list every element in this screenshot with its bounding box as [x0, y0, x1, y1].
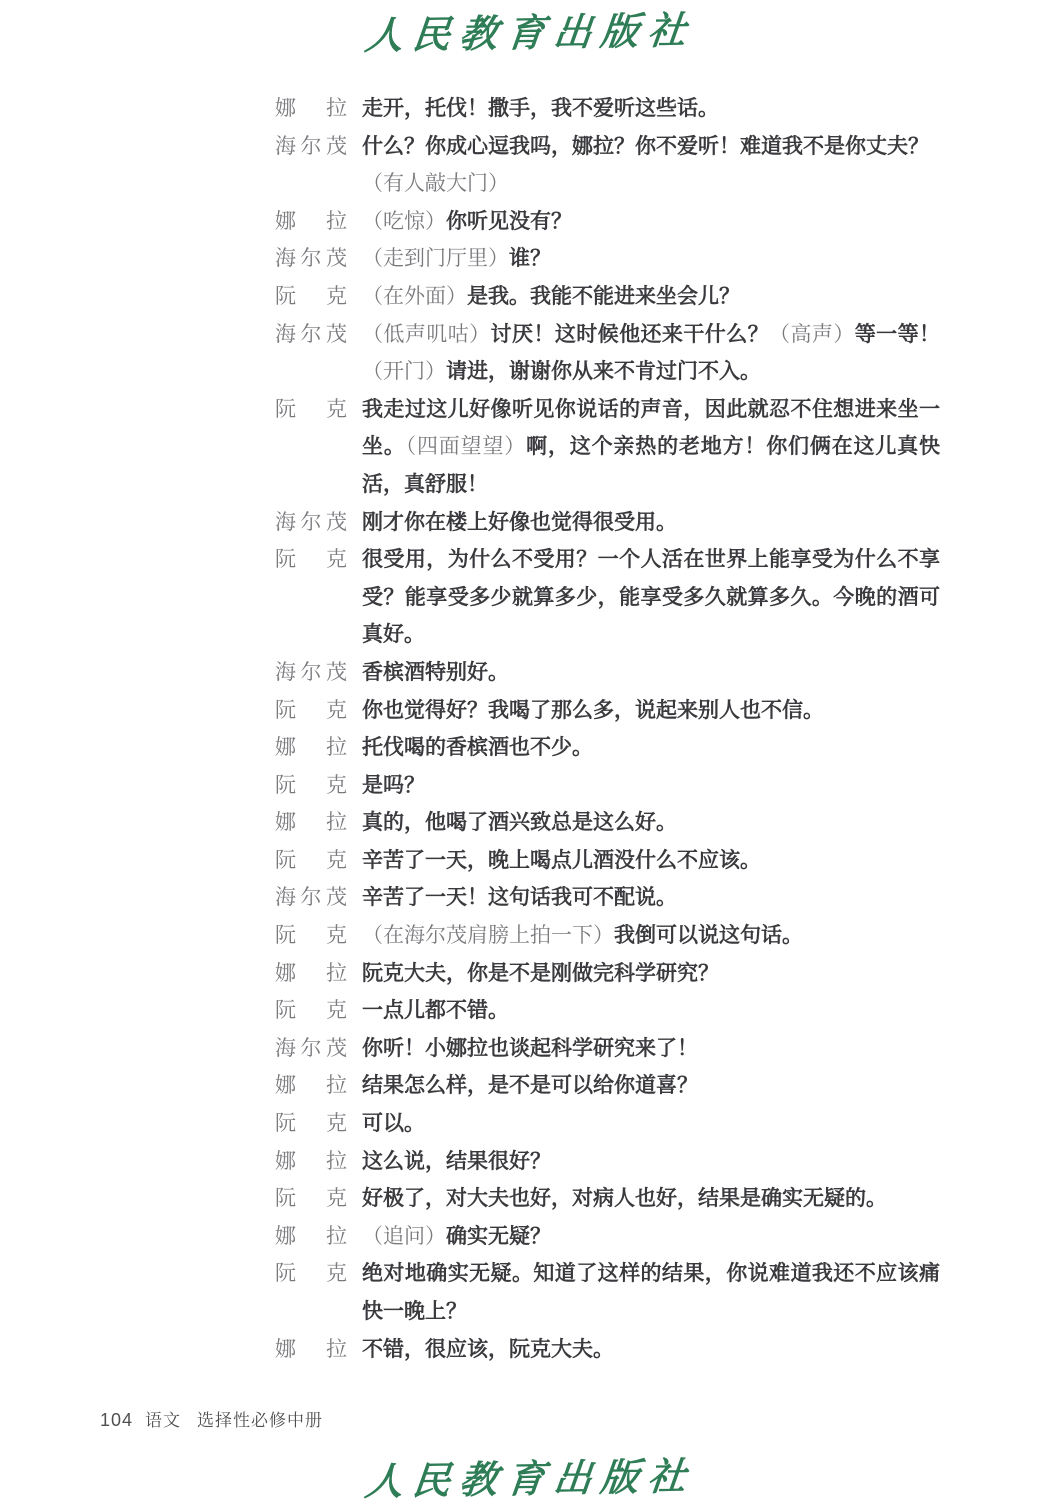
speaker-name: 阮克	[275, 541, 347, 579]
speech-segment: 你听见没有？	[446, 209, 572, 233]
speaker-name: 娜拉	[275, 804, 347, 842]
script-line: 阮克你也觉得好？我喝了那么多，说起来别人也不信。	[275, 692, 943, 730]
speech-segment: 辛苦了一天，晚上喝点儿酒没什么不应该。	[362, 848, 761, 872]
speaker-name: 阮克	[275, 278, 347, 316]
script-line: 海尔茂（低声叽咕）讨厌！这时候他还来干什么？（高声）等一等！（开门）请进，谢谢你…	[275, 316, 943, 391]
speaker-name: 海尔茂	[275, 504, 347, 542]
speaker-name: 海尔茂	[275, 1030, 347, 1068]
script-line: 阮克（在外面）是我。我能不能进来坐会儿？	[275, 278, 943, 316]
speech-text: （低声叽咕）讨厌！这时候他还来干什么？（高声）等一等！（开门）请进，谢谢你从来不…	[362, 316, 940, 391]
speech-segment: 真的，他喝了酒兴致总是这么好。	[362, 810, 677, 834]
script-line: 阮克辛苦了一天，晚上喝点儿酒没什么不应该。	[275, 842, 943, 880]
speech-text: 你也觉得好？我喝了那么多，说起来别人也不信。	[362, 692, 940, 730]
stage-direction: （高声）	[769, 322, 855, 346]
stage-direction: （开门）	[362, 359, 446, 383]
stage-direction: （低声叽咕）	[362, 322, 491, 346]
speech-segment: 你听！小娜拉也谈起科学研究来了！	[362, 1036, 698, 1060]
speech-segment: 等一等！	[855, 322, 940, 346]
script-line: 阮克（在海尔茂肩膀上拍一下）我倒可以说这句话。	[275, 917, 943, 955]
publisher-logo-top: 人民教育出版社	[0, 2, 1062, 57]
speaker-name: 娜拉	[275, 955, 347, 993]
publisher-logo-bottom: 人民教育出版社	[0, 1448, 1062, 1503]
speaker-name: 娜拉	[275, 203, 347, 241]
script-line: 海尔茂什么？你成心逗我吗，娜拉？你不爱听！难道我不是你丈夫？	[275, 128, 943, 166]
speech-text: 这么说，结果很好？	[362, 1143, 940, 1181]
speech-text: 一点儿都不错。	[362, 992, 940, 1030]
speaker-name: 阮克	[275, 391, 347, 429]
script-line: 娜拉走开，托伐！撒手，我不爱听这些话。	[275, 90, 943, 128]
speech-text: 我走过这儿好像听见你说话的声音，因此就忍不住想进来坐一坐。（四面望望）啊，这个亲…	[362, 391, 940, 504]
script-line: 娜拉这么说，结果很好？	[275, 1143, 943, 1181]
speech-text: 什么？你成心逗我吗，娜拉？你不爱听！难道我不是你丈夫？	[362, 128, 940, 166]
speaker-name: 阮克	[275, 1255, 347, 1293]
script-line: 阮克好极了，对大夫也好，对病人也好，结果是确实无疑的。	[275, 1180, 943, 1218]
speech-text: 绝对地确实无疑。知道了这样的结果，你说难道我还不应该痛快一晚上？	[362, 1255, 940, 1330]
stage-direction: （有人敲大门）	[362, 171, 509, 195]
script-line: 海尔茂你听！小娜拉也谈起科学研究来了！	[275, 1030, 943, 1068]
speech-text: 是吗？	[362, 767, 940, 805]
speaker-name: 娜拉	[275, 1067, 347, 1105]
speaker-name: 阮克	[275, 917, 347, 955]
speech-text: 结果怎么样，是不是可以给你道喜？	[362, 1067, 940, 1105]
speech-text: 走开，托伐！撒手，我不爱听这些话。	[362, 90, 940, 128]
script-line: 阮克是吗？	[275, 767, 943, 805]
speaker-name: 娜拉	[275, 1331, 347, 1369]
speech-segment: 很受用，为什么不受用？一个人活在世界上能享受为什么不享受？能享受多少就算多少，能…	[362, 547, 940, 646]
speech-segment: 是我。我能不能进来坐会儿？	[467, 284, 740, 308]
speaker-name: 阮克	[275, 1180, 347, 1218]
script-line: 娜拉结果怎么样，是不是可以给你道喜？	[275, 1067, 943, 1105]
speech-segment: 确实无疑？	[446, 1224, 551, 1248]
speech-text: 真的，他喝了酒兴致总是这么好。	[362, 804, 940, 842]
script-line: 阮克绝对地确实无疑。知道了这样的结果，你说难道我还不应该痛快一晚上？	[275, 1255, 943, 1330]
speech-segment: 讨厌！这时候他还来干什么？	[491, 322, 770, 346]
script-body: 娜拉走开，托伐！撒手，我不爱听这些话。海尔茂什么？你成心逗我吗，娜拉？你不爱听！…	[275, 90, 943, 1368]
stage-direction: （走到门厅里）	[362, 246, 509, 270]
speaker-name: 娜拉	[275, 1143, 347, 1181]
speaker-name: 娜拉	[275, 1218, 347, 1256]
script-line: 阮克可以。	[275, 1105, 943, 1143]
script-line: 海尔茂辛苦了一天！这句话我可不配说。	[275, 879, 943, 917]
speech-segment: 不错，很应该，阮克大夫。	[362, 1337, 614, 1361]
script-line: 娜拉阮克大夫，你是不是刚做完科学研究？	[275, 955, 943, 993]
speech-segment: 绝对地确实无疑。知道了这样的结果，你说难道我还不应该痛快一晚上？	[362, 1261, 940, 1323]
speech-text: 你听！小娜拉也谈起科学研究来了！	[362, 1030, 940, 1068]
speech-segment: 辛苦了一天！这句话我可不配说。	[362, 885, 677, 909]
speaker-name: 阮克	[275, 992, 347, 1030]
script-line: 海尔茂刚才你在楼上好像也觉得很受用。	[275, 504, 943, 542]
script-line: 海尔茂（走到门厅里）谁？	[275, 240, 943, 278]
speech-text: 刚才你在楼上好像也觉得很受用。	[362, 504, 940, 542]
script-line: 娜拉托伐喝的香槟酒也不少。	[275, 729, 943, 767]
publisher-logo-text: 人民教育出版社	[363, 0, 698, 60]
stage-direction: （四面望望）	[406, 434, 526, 458]
stage-direction: （追问）	[362, 1224, 446, 1248]
speech-segment: 可以。	[362, 1111, 425, 1135]
speech-text: （吃惊）你听见没有？	[362, 203, 940, 241]
speaker-name: 阮克	[275, 842, 347, 880]
speaker-name: 海尔茂	[275, 128, 347, 166]
speech-segment: 我倒可以说这句话。	[614, 923, 803, 947]
speech-text: 阮克大夫，你是不是刚做完科学研究？	[362, 955, 940, 993]
page-footer: 104语文选择性必修中册	[100, 1406, 323, 1431]
speaker-name: 海尔茂	[275, 654, 347, 692]
script-line: 娜拉真的，他喝了酒兴致总是这么好。	[275, 804, 943, 842]
speaker-name: 娜拉	[275, 729, 347, 767]
script-line: （有人敲大门）	[275, 165, 943, 203]
speech-text: 香槟酒特别好。	[362, 654, 940, 692]
speech-segment: 走开，托伐！撒手，我不爱听这些话。	[362, 96, 719, 120]
publisher-logo-text: 人民教育出版社	[363, 1445, 698, 1504]
speaker-name: 海尔茂	[275, 316, 347, 354]
speech-segment: 这么说，结果很好？	[362, 1149, 551, 1173]
speech-segment: 是吗？	[362, 773, 425, 797]
speaker-name: 娜拉	[275, 90, 347, 128]
speaker-name: 海尔茂	[275, 240, 347, 278]
speech-text: 很受用，为什么不受用？一个人活在世界上能享受为什么不享受？能享受多少就算多少，能…	[362, 541, 940, 654]
speaker-name: 阮克	[275, 692, 347, 730]
speech-segment: 你也觉得好？我喝了那么多，说起来别人也不信。	[362, 698, 824, 722]
speech-text: 好极了，对大夫也好，对病人也好，结果是确实无疑的。	[362, 1180, 940, 1218]
speech-segment: 什么？你成心逗我吗，娜拉？你不爱听！难道我不是你丈夫？	[362, 134, 929, 158]
stage-direction: （在外面）	[362, 284, 467, 308]
speech-text: 辛苦了一天，晚上喝点儿酒没什么不应该。	[362, 842, 940, 880]
speech-segment: 请进，谢谢你从来不肯过门不入。	[446, 359, 761, 383]
script-line: 阮克我走过这儿好像听见你说话的声音，因此就忍不住想进来坐一坐。（四面望望）啊，这…	[275, 391, 943, 504]
speech-text: （在海尔茂肩膀上拍一下）我倒可以说这句话。	[362, 917, 940, 955]
speech-text: 不错，很应该，阮克大夫。	[362, 1331, 940, 1369]
speech-segment: 刚才你在楼上好像也觉得很受用。	[362, 510, 677, 534]
script-line: 娜拉（吃惊）你听见没有？	[275, 203, 943, 241]
speech-segment: 谁？	[509, 246, 551, 270]
stage-direction: （在海尔茂肩膀上拍一下）	[362, 923, 614, 947]
textbook-page: 人民教育出版社 娜拉走开，托伐！撒手，我不爱听这些话。海尔茂什么？你成心逗我吗，…	[0, 0, 1062, 1504]
speech-segment: 好极了，对大夫也好，对病人也好，结果是确实无疑的。	[362, 1186, 887, 1210]
speech-segment: 托伐喝的香槟酒也不少。	[362, 735, 593, 759]
script-line: 娜拉不错，很应该，阮克大夫。	[275, 1331, 943, 1369]
script-line: 阮克很受用，为什么不受用？一个人活在世界上能享受为什么不享受？能享受多少就算多少…	[275, 541, 943, 654]
speech-text: 辛苦了一天！这句话我可不配说。	[362, 879, 940, 917]
speech-segment: 香槟酒特别好。	[362, 660, 509, 684]
speech-text: （追问）确实无疑？	[362, 1218, 940, 1256]
speech-text: 可以。	[362, 1105, 940, 1143]
speech-text: （在外面）是我。我能不能进来坐会儿？	[362, 278, 940, 316]
speech-text: 托伐喝的香槟酒也不少。	[362, 729, 940, 767]
script-line: 海尔茂香槟酒特别好。	[275, 654, 943, 692]
speaker-name: 海尔茂	[275, 879, 347, 917]
speaker-name: 阮克	[275, 767, 347, 805]
speech-text: （走到门厅里）谁？	[362, 240, 940, 278]
speech-segment: 阮克大夫，你是不是刚做完科学研究？	[362, 961, 719, 985]
speech-text: （有人敲大门）	[362, 165, 940, 203]
stage-direction: （吃惊）	[362, 209, 446, 233]
script-line: 娜拉（追问）确实无疑？	[275, 1218, 943, 1256]
script-line: 阮克一点儿都不错。	[275, 992, 943, 1030]
footer-volume: 选择性必修中册	[197, 1411, 323, 1430]
speaker-name: 阮克	[275, 1105, 347, 1143]
footer-subject: 语文	[145, 1411, 181, 1430]
speech-segment: 一点儿都不错。	[362, 998, 509, 1022]
page-number: 104	[100, 1410, 133, 1430]
speech-segment: 结果怎么样，是不是可以给你道喜？	[362, 1073, 698, 1097]
